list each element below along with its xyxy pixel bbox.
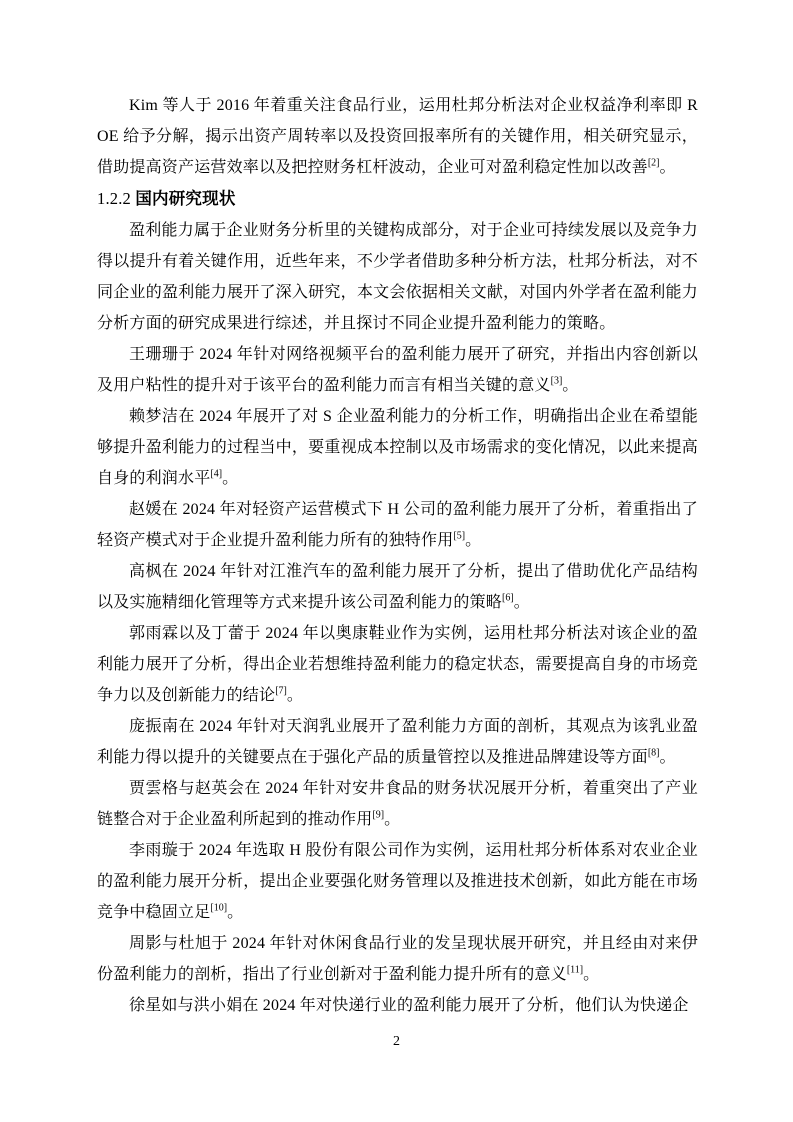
paragraph-text: 高枫在 2024 年针对江淮汽车的盈利能力展开了分析，提出了借助优化产品结构以及…: [97, 563, 698, 611]
paragraph-tail: 。: [583, 966, 599, 983]
citation-superscript: [7]: [275, 686, 287, 697]
paragraph: 盈利能力属于企业财务分析里的关键构成部分，对于企业可持续发展以及竞争力得以提升有…: [97, 215, 698, 339]
paragraph: 周影与杜旭于 2024 年针对休闲食品行业的发呈现状展开研究，并且经由对来伊份盈…: [97, 928, 698, 990]
section-title: 国内研究现状: [135, 190, 235, 208]
citation-superscript: [8]: [648, 748, 660, 759]
citation-superscript: [3]: [551, 376, 563, 387]
citation-superscript: [2]: [648, 158, 660, 169]
paragraph-text: 赖梦洁在 2024 年展开了对 S 企业盈利能力的分析工作，明确指出企业在希望能…: [97, 408, 698, 487]
paragraph-tail: 。: [514, 594, 530, 611]
citation-superscript: [11]: [567, 965, 583, 976]
paragraph-tail: 。: [227, 904, 243, 921]
paragraph-text: Kim 等人于 2016 年着重关注食品行业，运用杜邦分析法对企业权益净利率即 …: [97, 97, 698, 176]
citation-superscript: [10]: [210, 903, 227, 914]
paragraph-text: 庞振南在 2024 年针对天润乳业展开了盈利能力方面的剖析，其观点为该乳业盈利能…: [97, 718, 698, 766]
paragraph: 徐星如与洪小娟在 2024 年对快递行业的盈利能力展开了分析，他们认为快递企: [97, 990, 698, 1021]
paragraph: 庞振南在 2024 年针对天润乳业展开了盈利能力方面的剖析，其观点为该乳业盈利能…: [97, 711, 698, 773]
paragraph-tail: 。: [287, 687, 303, 704]
paragraph-tail: 。: [222, 470, 238, 487]
paragraph-text: 赵媛在 2024 年对轻资产运营模式下 H 公司的盈利能力展开了分析，着重指出了…: [97, 501, 698, 549]
paragraph-tail: 。: [465, 532, 481, 549]
paragraph-text: 王珊珊于 2024 年针对网络视频平台的盈利能力展开了研究，并指出内容创新以及用…: [97, 346, 698, 394]
document-page: Kim 等人于 2016 年着重关注食品行业，运用杜邦分析法对企业权益净利率即 …: [0, 0, 793, 1122]
paragraph-text: 李雨璇于 2024 年选取 H 股份有限公司作为实例，运用杜邦分析体系对农业企业…: [97, 842, 698, 921]
paragraph: 王珊珊于 2024 年针对网络视频平台的盈利能力展开了研究，并指出内容创新以及用…: [97, 339, 698, 401]
paragraph-tail: 。: [659, 159, 675, 176]
citation-superscript: [5]: [453, 531, 465, 542]
page-number: 2: [393, 1034, 400, 1049]
paragraph-tail: 。: [659, 749, 675, 766]
paragraph-text: 徐星如与洪小娟在 2024 年对快递行业的盈利能力展开了分析，他们认为快递企: [129, 997, 689, 1014]
page-footer: 2: [0, 1032, 793, 1050]
paragraph: 贾雲格与赵英会在 2024 年针对安井食品的财务状况展开分析，着重突出了产业链整…: [97, 773, 698, 835]
section-number: 1.2.2: [97, 189, 135, 208]
paragraph-tail: 。: [562, 377, 578, 394]
paragraph-tail: 。: [384, 811, 400, 828]
paragraph: Kim 等人于 2016 年着重关注食品行业，运用杜邦分析法对企业权益净利率即 …: [97, 90, 698, 183]
paragraph: 郭雨霖以及丁蕾于 2024 年以奥康鞋业作为实例，运用杜邦分析法对该企业的盈利能…: [97, 618, 698, 711]
paragraph-text: 郭雨霖以及丁蕾于 2024 年以奥康鞋业作为实例，运用杜邦分析法对该企业的盈利能…: [97, 625, 698, 704]
citation-superscript: [4]: [210, 469, 222, 480]
section-heading: 1.2.2 国内研究现状: [97, 183, 698, 215]
citation-superscript: [6]: [502, 593, 514, 604]
paragraph: 赖梦洁在 2024 年展开了对 S 企业盈利能力的分析工作，明确指出企业在希望能…: [97, 401, 698, 494]
paragraph-text: 周影与杜旭于 2024 年针对休闲食品行业的发呈现状展开研究，并且经由对来伊份盈…: [97, 935, 698, 983]
paragraph: 李雨璇于 2024 年选取 H 股份有限公司作为实例，运用杜邦分析体系对农业企业…: [97, 835, 698, 928]
paragraph: 高枫在 2024 年针对江淮汽车的盈利能力展开了分析，提出了借助优化产品结构以及…: [97, 556, 698, 618]
paragraph-text: 盈利能力属于企业财务分析里的关键构成部分，对于企业可持续发展以及竞争力得以提升有…: [97, 222, 698, 332]
document-body: Kim 等人于 2016 年着重关注食品行业，运用杜邦分析法对企业权益净利率即 …: [97, 90, 698, 1021]
paragraph: 赵媛在 2024 年对轻资产运营模式下 H 公司的盈利能力展开了分析，着重指出了…: [97, 494, 698, 556]
citation-superscript: [9]: [372, 810, 384, 821]
